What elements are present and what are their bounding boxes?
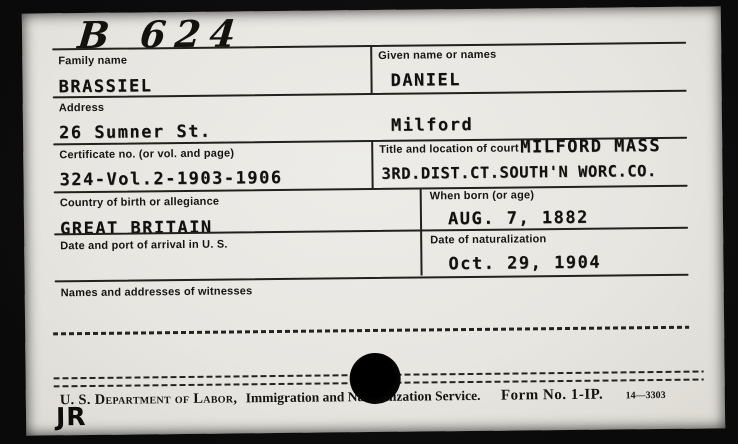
handwritten-initials: JR: [56, 402, 87, 431]
address-city-value: Milford: [391, 115, 473, 136]
footer-form-number: Form No. 1-IP.: [501, 387, 603, 404]
divider-row1: [370, 45, 373, 93]
footer-print-code: 14—3303: [626, 390, 666, 401]
naturalization-label: Date of naturalization: [430, 233, 546, 246]
address-label: Address: [59, 102, 105, 114]
naturalization-index-card: B 624 Family name Given name or names BR…: [22, 6, 725, 435]
born-value: AUG. 7, 1882: [448, 208, 589, 229]
arrival-label: Date and port of arrival in U. S.: [60, 239, 227, 253]
witnesses-label: Names and addresses of witnesses: [61, 285, 253, 299]
rule-row6: [55, 274, 689, 283]
given-name-value: DANIEL: [390, 70, 461, 91]
court-label: Title and location of court: [379, 142, 519, 155]
hole-punch: [349, 353, 401, 405]
certificate-no-value: 324-Vol.2-1903-1906: [59, 168, 282, 190]
given-name-label: Given name or names: [378, 49, 496, 62]
scanned-card-photo: B 624 Family name Given name or names BR…: [0, 0, 738, 444]
naturalization-value: Oct. 29, 1904: [448, 253, 601, 275]
family-name-label: Family name: [58, 55, 127, 68]
divider-row3: [371, 140, 374, 188]
address-value: 26 Sumner St.: [59, 122, 212, 144]
court-location-value: MILFORD MASS: [520, 136, 661, 157]
certificate-no-label: Certificate no. (or vol. and page): [59, 147, 234, 161]
witnesses-dotted-rule: [53, 326, 689, 336]
court-name-value: 3RD.DIST.CT.SOUTH'N WORC.CO.: [381, 162, 656, 183]
country-value: GREAT BRITAIN: [60, 218, 213, 240]
born-label: When born (or age): [430, 189, 535, 202]
country-label: Country of birth or allegiance: [60, 196, 220, 210]
family-name-value: BRASSIEL: [58, 76, 152, 97]
handwritten-index-number: B 624: [76, 11, 247, 57]
